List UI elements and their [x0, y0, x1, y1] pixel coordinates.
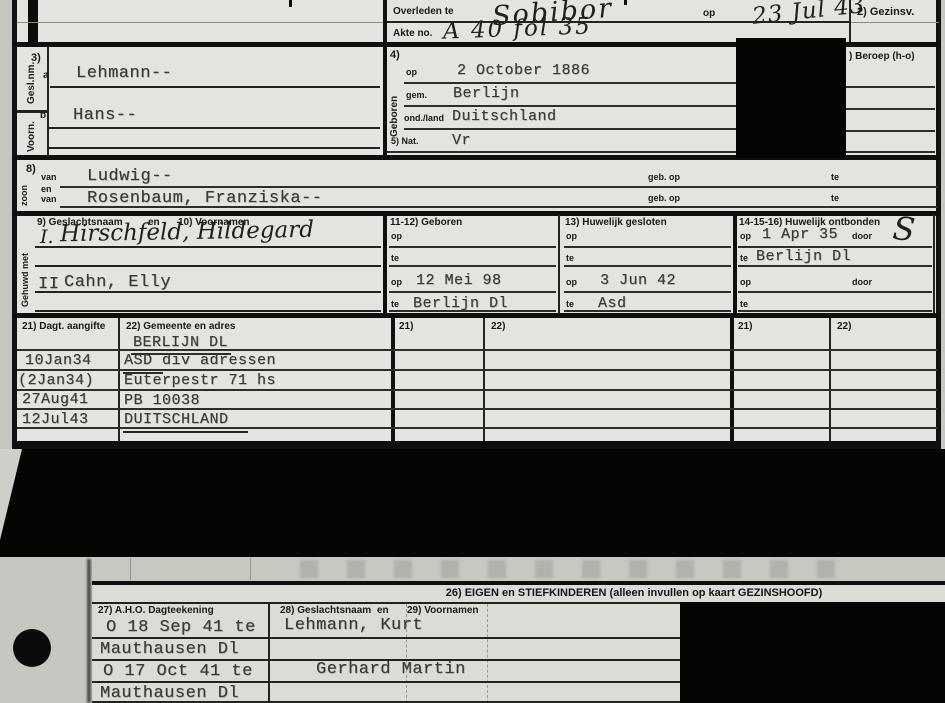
mother-van-label: van [41, 194, 57, 204]
rule [738, 246, 932, 248]
scan-edge-tick [289, 0, 292, 7]
rule [404, 128, 737, 130]
father-name-value: Ludwig-- [87, 167, 173, 186]
children-name-header: 28) Geslachtsnaam [280, 605, 371, 616]
nat-value: Vr [452, 132, 471, 149]
spouse2-name-value: Cahn, Elly [64, 273, 171, 292]
address-date-header: 21) Dagt. aangifte [22, 321, 105, 332]
section-border [12, 313, 941, 318]
marriage-geboren-header: 11-12) Geboren [390, 217, 462, 228]
child-row-left: Mauthausen Dl [100, 640, 239, 659]
geboren-vertical-label: Geboren [389, 96, 400, 137]
rule [35, 246, 381, 248]
scan-edge-tick [624, 0, 627, 5]
te-label: te [740, 299, 748, 309]
redaction-box [736, 38, 846, 158]
spouse1-name-value: Hirschfeld, Hildegard [60, 217, 314, 247]
rule [389, 291, 556, 293]
akte-no-value: A 40 fol 35 [443, 13, 593, 44]
birth-op-label: op [406, 67, 417, 77]
column-divider [268, 604, 270, 703]
op-label: op [566, 231, 577, 241]
column-divider [118, 318, 120, 441]
bleedthrough-line [130, 558, 131, 580]
marriage-date-value: 3 Jun 42 [600, 272, 676, 289]
rule [35, 291, 381, 293]
birth-ondland-label: ond./land [404, 113, 444, 123]
address-21-header: 21) [399, 321, 413, 332]
geb-op-label: geb. op [648, 172, 680, 182]
address-row-value: ASD div adressen [124, 352, 276, 369]
door-label: door [852, 231, 872, 241]
rule [60, 206, 938, 208]
child-row-right: Gerhard Martin [316, 660, 466, 679]
address-gemeente-header: 22) Gemeente en adres [126, 321, 236, 332]
address-row-value: DUITSCHLAND [124, 411, 229, 428]
geb-op-label: geb. op [648, 193, 680, 203]
op-label: op [740, 277, 751, 287]
rule [35, 310, 381, 312]
rule [60, 186, 938, 188]
rule [389, 265, 556, 267]
child-row-left: O 18 Sep 41 te [106, 618, 256, 637]
rule [389, 246, 556, 248]
birth-country-value: Duitschland [452, 108, 557, 125]
rule [851, 22, 939, 23]
rule [389, 310, 556, 312]
door-label: door [852, 277, 872, 287]
aho-header: 27) A.H.O. Dagteekening [98, 605, 214, 616]
card-left-border [12, 0, 17, 449]
op-label: op [391, 231, 402, 241]
redaction-box [680, 602, 945, 703]
birth-gem-label: gem. [406, 90, 427, 100]
address-row-value: PB 10038 [124, 392, 200, 409]
card-right-border [936, 0, 941, 449]
birth-section-number: 4) [390, 49, 400, 61]
overleden-te-label: Overleden te [393, 6, 454, 17]
section-border [92, 581, 945, 585]
section-border [12, 211, 941, 216]
rule [50, 86, 380, 88]
children-voornamen-header: 29) Voornamen [407, 605, 479, 616]
spouse1-index: I. [40, 226, 54, 248]
scanned-registration-card: Overleden te Sobibor op 23 Jul 43 Akte n… [0, 0, 945, 703]
card-edge-shadow [87, 559, 91, 703]
te-label: te [831, 193, 839, 203]
rule [845, 86, 935, 88]
dotted-divider [487, 604, 488, 703]
rule [845, 108, 935, 110]
zoon-vertical-label: zoon [19, 185, 29, 206]
rule [845, 130, 935, 132]
rule [564, 310, 731, 312]
column-divider [933, 215, 935, 313]
rule [564, 265, 731, 267]
child-row-right: Lehmann, Kurt [284, 616, 423, 635]
rule [738, 291, 932, 293]
address-row-value: Euterpestr 71 hs [124, 372, 276, 389]
column-divider [733, 215, 737, 313]
address-22-header: 22) [837, 321, 851, 332]
children-section-title: 26) EIGEN en STIEFKINDEREN (alleen invul… [400, 587, 868, 600]
te-label: te [391, 253, 399, 263]
te-label: te [391, 299, 399, 309]
redaction-band [0, 449, 945, 557]
address-row-date: 27Aug41 [22, 391, 89, 408]
rule [17, 389, 938, 391]
rule [564, 291, 731, 293]
bleedthrough-marks [300, 560, 860, 578]
op-label: op [566, 277, 577, 287]
divorce-door-value: S [891, 209, 917, 249]
te-label: te [831, 172, 839, 182]
name-a-label: a [43, 70, 49, 81]
nat-label: 5) Nat. [391, 136, 419, 146]
address-21-header: 21) [738, 321, 752, 332]
address-row-date: 12Jul43 [22, 411, 89, 428]
address-row-date: (2Jan34) [18, 372, 94, 389]
op-label: op [740, 231, 751, 241]
te-label: te [566, 253, 574, 263]
underline [123, 431, 248, 433]
father-van-label: van [41, 172, 57, 182]
akte-no-label: Akte no. [393, 28, 432, 39]
divorce-date-value: 1 Apr 35 [762, 226, 838, 243]
column-divider [383, 215, 387, 313]
en-label: en [41, 184, 52, 194]
surname-value: Lehmann-- [76, 64, 172, 83]
rule [387, 151, 737, 153]
rule [845, 151, 935, 153]
parents-section-number: 8) [26, 163, 36, 175]
column-divider [383, 47, 387, 155]
rule [404, 105, 737, 107]
te-label: te [740, 253, 748, 263]
bleedthrough-line [250, 558, 251, 580]
rule [738, 265, 932, 267]
rule [564, 246, 731, 248]
name-section-number: 3) [31, 52, 41, 64]
label-column-divider [47, 47, 49, 155]
rule [48, 147, 380, 149]
death-op-label: op [703, 8, 715, 19]
spouse2-birthdate-value: 12 Mei 98 [416, 272, 502, 289]
rule [35, 265, 381, 267]
te-label: te [566, 299, 574, 309]
voorn-vertical-label: Voorn. [26, 121, 37, 152]
op-label: op [391, 277, 402, 287]
child-row-left: O 17 Oct 41 te [103, 662, 253, 681]
rule [48, 127, 380, 129]
column-divider [730, 318, 734, 441]
marriage-gesloten-header: 13) Huwelijk gesloten [565, 217, 667, 228]
geslnm-vertical-label: Gesl.nm. [26, 62, 37, 104]
beroep-label: ) Beroep (h-o) [849, 51, 915, 62]
rule [17, 369, 938, 371]
birth-date-value: 2 October 1886 [457, 62, 590, 79]
address-row-value: BERLIJN DL [133, 334, 228, 351]
gezinsv-label: 2) Gezinsv. [857, 6, 914, 18]
column-divider [829, 318, 831, 441]
column-divider [558, 215, 560, 313]
gehuwd-met-vertical-label: Gehuwd met [20, 253, 30, 307]
rule [404, 82, 737, 84]
address-22-header: 22) [491, 321, 505, 332]
card-bottom-border [12, 441, 941, 449]
divorce-place-value: Berlijn Dl [756, 248, 851, 265]
children-en-header: en [377, 605, 389, 616]
name-b-label: b [40, 110, 46, 121]
birth-gem-value: Berlijn [453, 85, 520, 102]
column-divider [483, 318, 485, 441]
rule [738, 310, 932, 312]
punch-hole [13, 629, 51, 667]
rule [17, 22, 383, 23]
address-row-date: 10Jan34 [25, 352, 92, 369]
column-divider [391, 318, 395, 441]
firstname-value: Hans-- [73, 106, 137, 125]
